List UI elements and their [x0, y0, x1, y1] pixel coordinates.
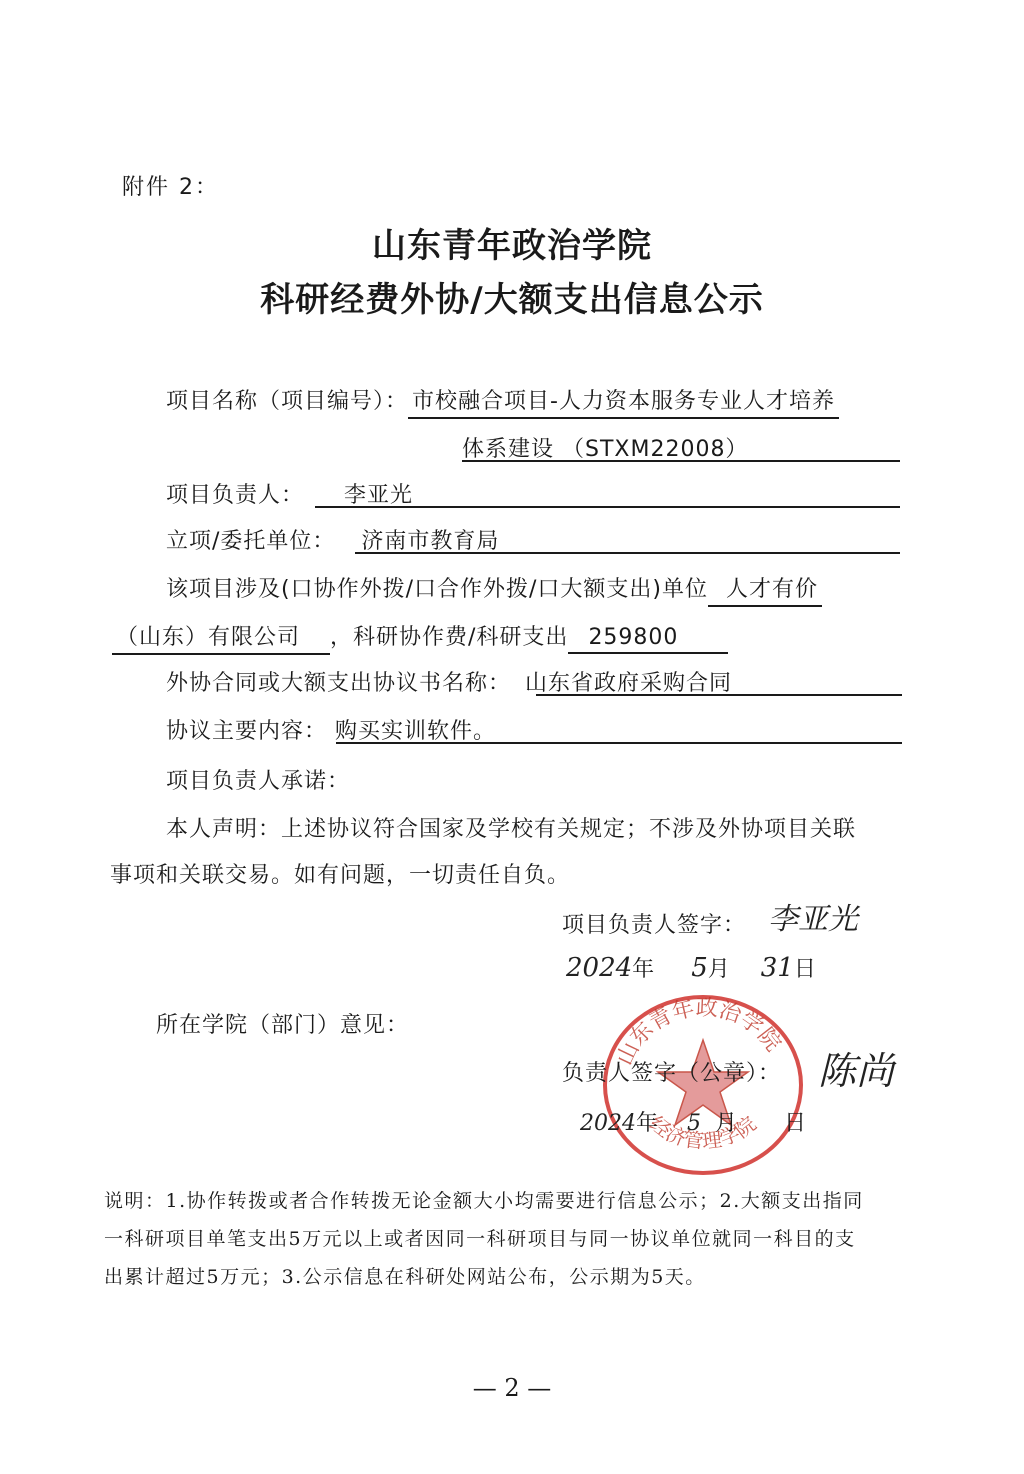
project-name-field: 项目名称（项目编号）：市校融合项目-人力资本服务专业人才培养 [166, 384, 839, 419]
expense-label: ，科研协作费/科研支出 [330, 625, 568, 650]
document-title: 科研经费外协/大额支出信息公示 [0, 272, 1024, 321]
agreement-content-field: 协议主要内容：购买实训软件。 [166, 714, 496, 745]
notes-line3: 出累计超过5万元；3.公示信息在科研处网站公布，公示期为5天。 [104, 1262, 706, 1289]
project-leader-value: 李亚光 [344, 483, 413, 508]
involvement-continuation: （山东）有限公司，科研协作费/科研支出259800 [112, 620, 728, 655]
agreement-content-value: 购买实训软件。 [335, 719, 496, 744]
date-month: 5 [691, 953, 708, 983]
project-name-label: 项目名称（项目编号）： [166, 389, 408, 414]
contract-name-field: 外协合同或大额支出协议书名称：山东省政府采购合同 [166, 666, 732, 697]
project-name-value-line1: 市校融合项目-人力资本服务专业人才培养 [408, 384, 839, 419]
commission-unit-value: 济南市教育局 [361, 529, 499, 554]
involvement-label: 该项目涉及(口协作外拨/口合作外拨/口大额支出)单位 [166, 577, 708, 602]
underline [336, 742, 902, 744]
department-signature-label: 负责人签字（公章）： [562, 1056, 781, 1087]
date-month: 5 [687, 1111, 701, 1136]
date-month-unit: 月 [715, 1111, 737, 1136]
date-day-unit: 日 [784, 1111, 806, 1136]
commitment-statement-line2: 事项和关联交易。如有问题，一切责任自负。 [110, 858, 570, 889]
project-name-value-line2: 体系建设 （STXM22008） [462, 437, 748, 462]
underline [315, 506, 900, 508]
date-day-unit: 日 [794, 957, 816, 982]
date-year: 2024 [566, 953, 632, 983]
project-name-continuation: 体系建设 （STXM22008） [462, 432, 748, 463]
underline [462, 460, 900, 462]
underline [355, 552, 900, 554]
department-opinion-label: 所在学院（部门）意见： [156, 1008, 409, 1039]
date-year-unit: 年 [632, 957, 654, 982]
attachment-label: 附件 2： [122, 170, 219, 201]
underline [536, 694, 902, 696]
leader-signature-handwritten: 李亚光 [768, 894, 858, 938]
project-leader-field: 项目负责人：李亚光 [166, 478, 413, 509]
project-leader-label: 项目负责人： [166, 483, 304, 508]
involvement-unit-part2: （山东）有限公司 [112, 620, 330, 655]
commitment-heading: 项目负责人承诺： [166, 764, 350, 795]
page-number: — 2 — [0, 1374, 1024, 1402]
contract-name-label: 外协合同或大额支出协议书名称： [166, 671, 511, 696]
document-title-institution: 山东青年政治学院 [0, 218, 1024, 267]
date-year-unit: 年 [636, 1111, 658, 1136]
date-day: 31 [761, 953, 794, 983]
commitment-statement-line1: 本人声明：上述协议符合国家及学校有关规定；不涉及外协项目关联 [166, 812, 856, 843]
contract-name-value: 山东省政府采购合同 [525, 671, 732, 696]
commission-unit-label: 立项/委托单位： [166, 529, 335, 554]
date-month-unit: 月 [708, 957, 730, 982]
leader-signature-label: 项目负责人签字： [562, 908, 746, 939]
involvement-field: 该项目涉及(口协作外拨/口合作外拨/口大额支出)单位人才有价 [166, 572, 822, 607]
notes-line2: 一科研项目单笔支出5万元以上或者因同一科研项目与同一协议单位就同一科目的支 [104, 1224, 856, 1251]
department-sign-date: 2024年 5月 日 [580, 1106, 806, 1137]
involvement-unit-part1: 人才有价 [708, 572, 822, 607]
date-year: 2024 [580, 1111, 636, 1136]
commission-unit-field: 立项/委托单位：济南市教育局 [166, 524, 499, 555]
department-signature-handwritten: 陈尚 [818, 1040, 894, 1095]
notes-line1: 说明：1.协作转拨或者合作转拨无论金额大小均需要进行信息公示；2.大额支出指同 [104, 1186, 864, 1213]
leader-sign-date: 2024年 5月 31日 [566, 952, 816, 983]
agreement-content-label: 协议主要内容： [166, 719, 327, 744]
expense-value: 259800 [568, 625, 728, 654]
